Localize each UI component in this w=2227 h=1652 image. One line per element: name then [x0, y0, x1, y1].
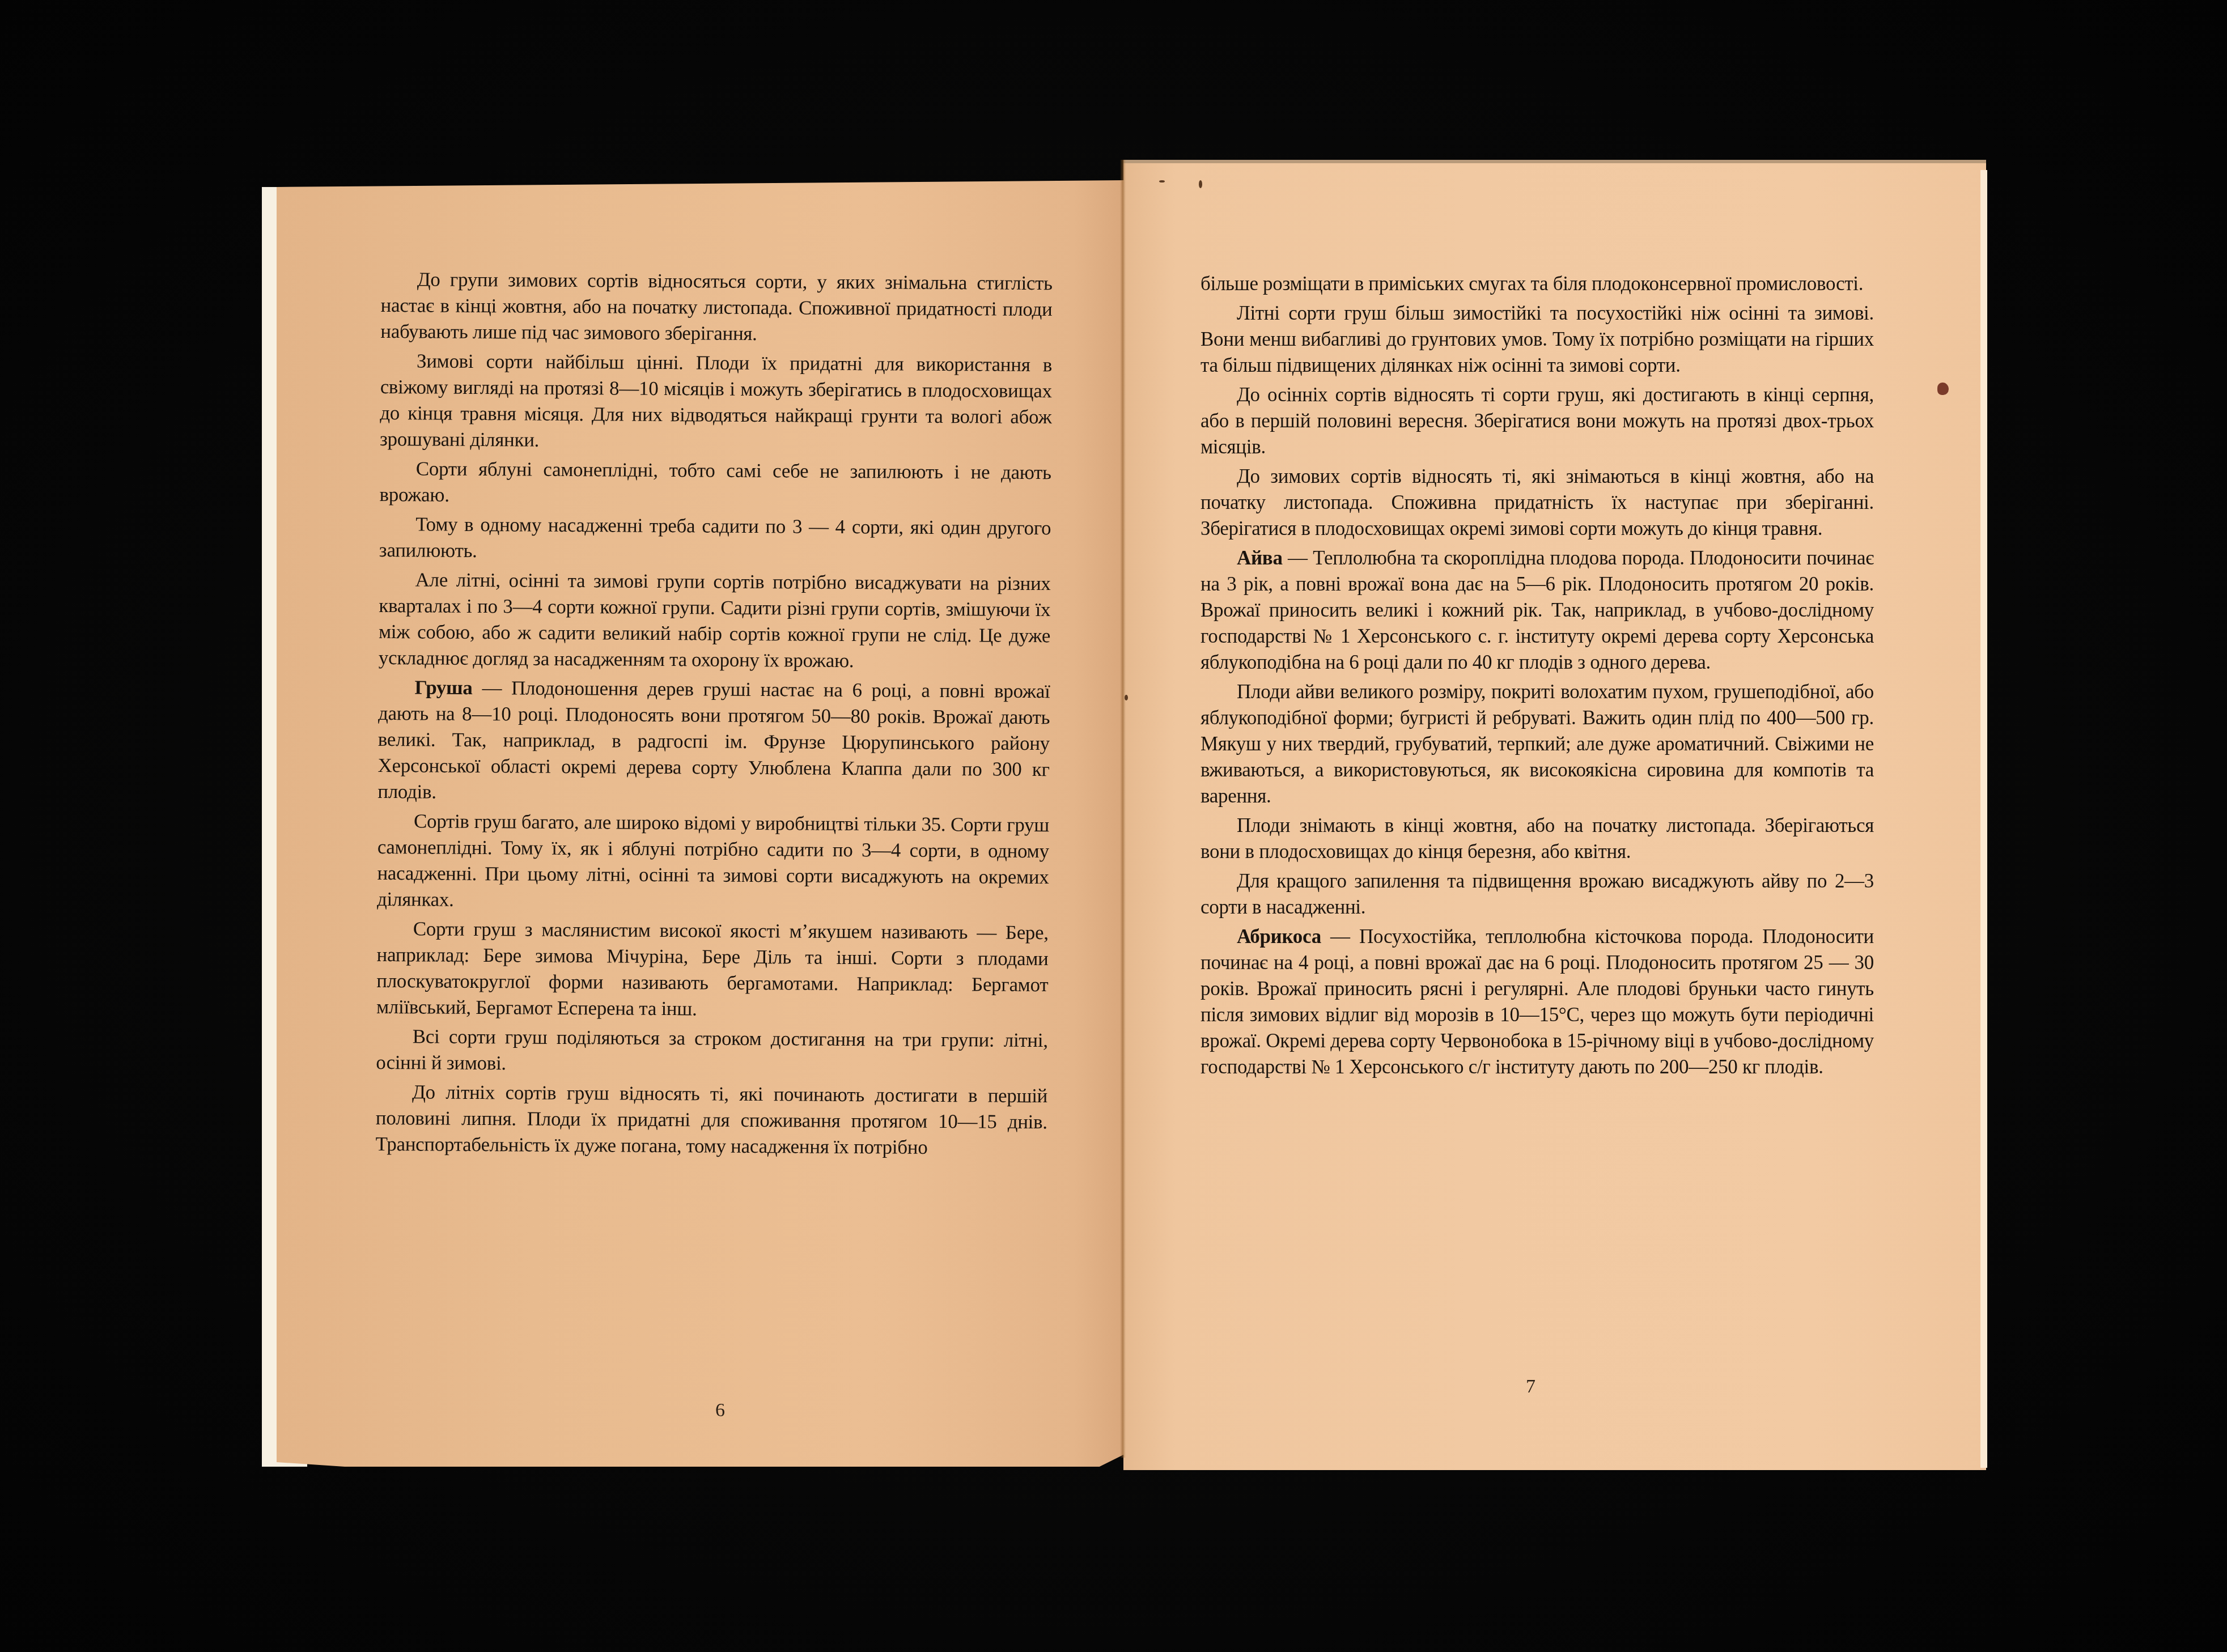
- page-number-left: 6: [715, 1400, 725, 1421]
- page-number-right: 7: [1526, 1376, 1535, 1398]
- section-heading-abrykosa: Абрикоса: [1237, 925, 1321, 948]
- section-heading-grusha: Груша: [414, 676, 472, 699]
- paragraph: Плоди айви великого розміру, покриті вол…: [1201, 679, 1874, 809]
- paper-stain: [1937, 383, 1949, 395]
- left-page-text: До групи зимових сортів відносяться сорт…: [375, 266, 1053, 1165]
- right-page-edge: [1980, 170, 1987, 1468]
- paragraph: Сорти груш з маслянистим високої якості …: [376, 916, 1049, 1024]
- paragraph: Тому в одному насадженні треба садити по…: [379, 511, 1051, 567]
- paragraph: Для кращого запилення та підвищення врож…: [1201, 868, 1874, 920]
- paragraph: Сорти яблуні самонеплідні, тобто самі се…: [379, 456, 1051, 512]
- paragraph: Плоди знімають в кінці жовтня, або на по…: [1201, 813, 1874, 865]
- paragraph: Сортів груш багато, але широко відомі у …: [377, 808, 1049, 916]
- right-page-text: більше розміщати в приміських смугах та …: [1201, 271, 1874, 1084]
- paragraph: Літні сорти груш більш зимостійкі та пос…: [1201, 300, 1874, 379]
- paper-speck: [1199, 180, 1202, 188]
- paragraph-abrykosa: Абрикоса — Посухостійка, теплолюбна кіст…: [1201, 924, 1874, 1080]
- paragraph: Зимові сорти найбільш цінні. Плоди їх пр…: [380, 348, 1052, 456]
- paragraph: До осінніх сортів відносять ті сорти гру…: [1201, 382, 1874, 460]
- paragraph: До зимових сортів відносять ті, які знім…: [1201, 464, 1874, 542]
- paper-speck: [1159, 180, 1165, 182]
- paragraph: До літніх сортів груш відносять ті, які …: [375, 1079, 1047, 1161]
- paragraph: До групи зимових сортів відносяться сорт…: [380, 266, 1053, 349]
- paragraph-aiva: Айва — Теплолюбна та скороплідна плодова…: [1201, 545, 1874, 676]
- book-spine: [1120, 160, 1126, 1458]
- paragraph-continued: більше розміщати в приміських смугах та …: [1201, 271, 1874, 297]
- paragraph-grusha: Груша — Плодоношення дерев груші настає …: [377, 674, 1050, 809]
- section-heading-aiva: Айва: [1237, 547, 1283, 569]
- paragraph: Всі сорти груш поділяються за строком до…: [376, 1024, 1048, 1080]
- paragraph: Але літні, осінні та зимові групи сортів…: [379, 567, 1051, 675]
- paper-speck: [1125, 695, 1128, 700]
